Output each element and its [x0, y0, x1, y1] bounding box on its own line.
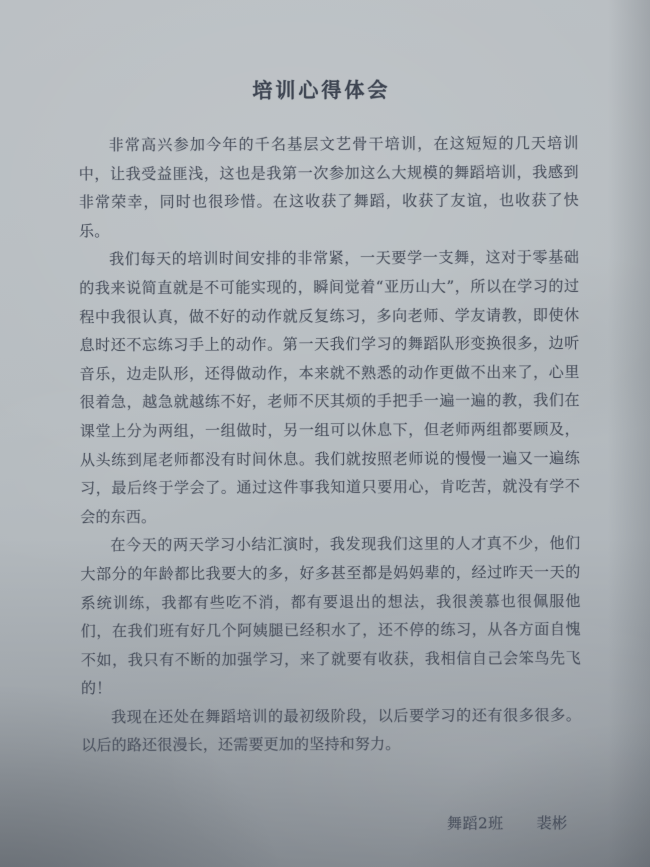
paragraph-1: 非常高兴参加今年的千名基层文艺骨干培训，在这短短的几天培训中，让我受益匪浅，这也…: [79, 129, 579, 246]
signature-line: 舞蹈2班裴彬: [82, 812, 582, 835]
document-page: 培训心得体会 非常高兴参加今年的千名基层文艺骨干培训，在这短短的几天培训中，让我…: [0, 0, 650, 867]
document-title: 培训心得体会: [78, 77, 564, 103]
signature-class-label: 舞蹈2班: [447, 814, 504, 832]
signature-author-name: 裴彬: [537, 814, 568, 832]
paragraph-3: 在今天的两天学习小结汇演时，我发现我们这里的人才真不少，他们大部分的年龄都比我要…: [80, 529, 581, 703]
paragraph-2: 我们每天的培训时间安排的非常紧，一天要学一支舞，这对于零基础的我来说简直就是不可…: [79, 243, 580, 531]
document-photo: 培训心得体会 非常高兴参加今年的千名基层文艺骨干培训，在这短短的几天培训中，让我…: [0, 0, 650, 867]
document-body: 非常高兴参加今年的千名基层文艺骨干培训，在这短短的几天培训中，让我受益匪浅，这也…: [79, 129, 582, 760]
paragraph-4: 我现在还处在舞蹈培训的最初级阶段，以后要学习的还有很多很多。以后的路还很漫长，还…: [81, 701, 581, 760]
